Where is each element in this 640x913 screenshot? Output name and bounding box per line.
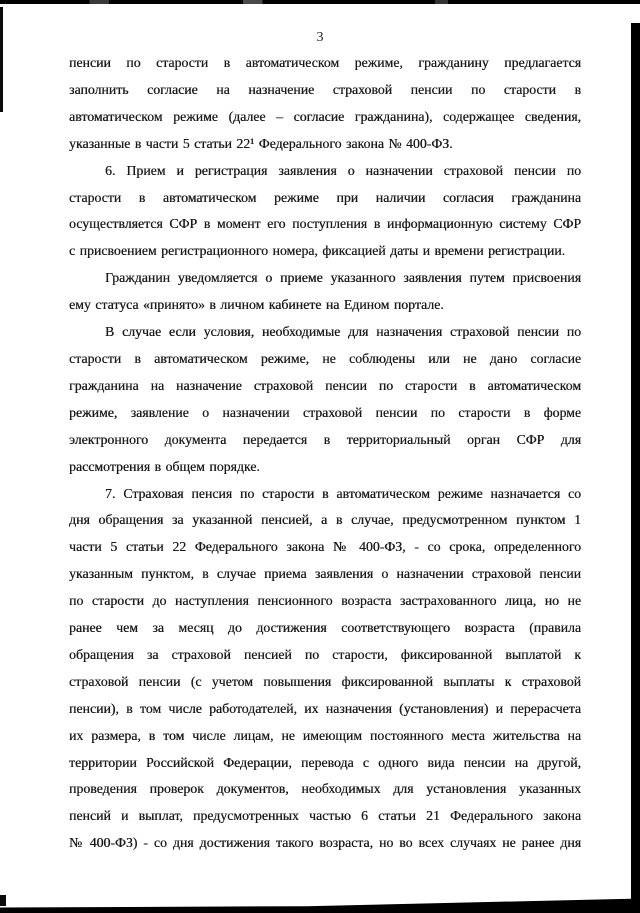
scan-edge-bottom xyxy=(0,896,640,913)
text-line: старости в автоматическом режиме при нал… xyxy=(69,185,581,212)
text-line: режиме, заявление о назначении страховой… xyxy=(69,400,581,427)
text-line: пенсий и выплат, предусмотренных частью … xyxy=(69,803,581,830)
text-line: № 400-ФЗ) - со дня достижения такого воз… xyxy=(69,830,581,857)
text-line: осуществляется СФР в момент его поступле… xyxy=(69,211,581,238)
text-line: гражданина на назначение страховой пенси… xyxy=(69,373,581,400)
paragraph: В случае если условия, необходимые для н… xyxy=(69,319,581,480)
text-line: их размера, в том числе лицам, не имеющи… xyxy=(69,723,581,750)
text-line: автоматическом режиме (далее – согласие … xyxy=(69,104,581,131)
text-line: проведения проверок документов, необходи… xyxy=(69,776,581,803)
text-line: указанным пунктом, в случае приема заявл… xyxy=(69,561,581,588)
scan-edge-left-top xyxy=(0,7,3,112)
text-line: территории Российской Федерации, перевод… xyxy=(69,750,581,777)
page-number: 3 xyxy=(0,30,640,46)
text-line: 6. Прием и регистрация заявления о назна… xyxy=(69,158,581,185)
scan-edge-right xyxy=(631,23,640,913)
text-line: указанные в части 5 статьи 22¹ Федеральн… xyxy=(69,131,581,158)
paragraph: пенсии по старости в автоматическом режи… xyxy=(69,50,581,158)
text-line: пенсии), в том числе работодателей, их н… xyxy=(69,696,581,723)
text-line: части 5 статьи 22 Федерального закона № … xyxy=(69,534,581,561)
paragraph: 6. Прием и регистрация заявления о назна… xyxy=(69,158,581,266)
text-line: 7. Страховая пенсия по старости в автома… xyxy=(69,481,581,508)
text-line: рассмотрения в общем порядке. xyxy=(69,454,581,481)
text-line: по старости до наступления пенсионного в… xyxy=(69,588,581,615)
paragraph: Гражданин уведомляется о приеме указанно… xyxy=(69,265,581,319)
text-line: Гражданин уведомляется о приеме указанно… xyxy=(69,265,581,292)
text-line: обращения за страховой пенсией по старос… xyxy=(69,642,581,669)
text-line: пенсии по старости в автоматическом режи… xyxy=(69,50,581,77)
scanned-page: 3 пенсии по старости в автоматическом ре… xyxy=(0,0,640,913)
paragraph: 7. Страховая пенсия по старости в автома… xyxy=(69,481,581,858)
document-body: пенсии по старости в автоматическом режи… xyxy=(69,50,581,857)
text-line: с присвоением регистрационного номера, ф… xyxy=(69,238,581,265)
text-line: дня обращения за указанной пенсией, а в … xyxy=(69,507,581,534)
text-line: заполнить согласие на назначение страхов… xyxy=(69,77,581,104)
text-line: старости в автоматическом режиме, не соб… xyxy=(69,346,581,373)
text-line: ранее чем за месяц до достижения соответ… xyxy=(69,615,581,642)
scan-edge-top xyxy=(0,0,640,4)
text-line: страховой пенсии (с учетом повышения фик… xyxy=(69,669,581,696)
text-line: В случае если условия, необходимые для н… xyxy=(69,319,581,346)
scan-edge-left-bottom xyxy=(0,895,6,906)
text-line: ему статуса «принято» в личном кабинете … xyxy=(69,292,581,319)
text-line: электронного документа передается в терр… xyxy=(69,427,581,454)
